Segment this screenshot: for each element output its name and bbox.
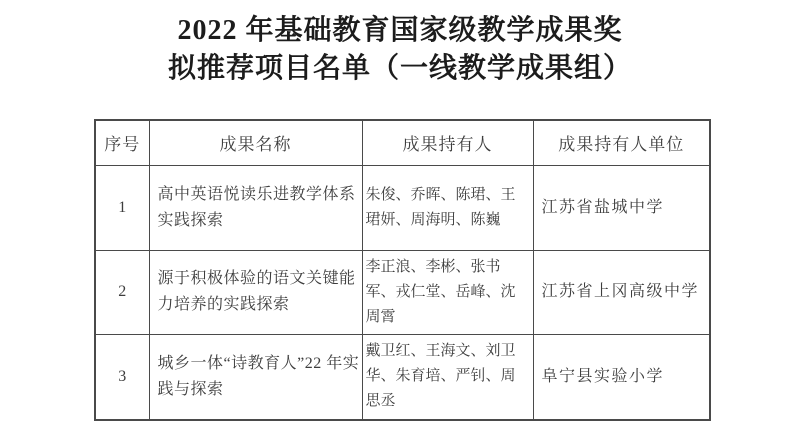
col-header-holder-unit: 成果持有人单位 (533, 120, 710, 165)
cell-holder-unit: 江苏省上冈高级中学 (533, 250, 710, 334)
cell-achievement-name: 源于积极体验的语文关键能力培养的实践探索 (149, 250, 362, 334)
cell-holders: 戴卫红、王海文、刘卫华、朱育培、严钊、周思丞 (362, 334, 533, 420)
cell-index: 2 (95, 250, 149, 334)
document-title: 2022 年基础教育国家级教学成果奖 拟推荐项目名单（一线教学成果组） (0, 12, 800, 88)
col-header-holders: 成果持有人 (362, 120, 533, 165)
table-row: 2 源于积极体验的语文关键能力培养的实践探索 李正浪、李彬、张书军、戎仁堂、岳峰… (95, 250, 710, 334)
cell-achievement-name: 高中英语悦读乐进教学体系实践探索 (149, 165, 362, 250)
cell-holder-unit: 江苏省盐城中学 (533, 165, 710, 250)
document-page: 2022 年基础教育国家级教学成果奖 拟推荐项目名单（一线教学成果组） 序号 成… (0, 0, 800, 427)
col-header-achievement-name: 成果名称 (149, 120, 362, 165)
cell-index: 1 (95, 165, 149, 250)
table-row: 1 高中英语悦读乐进教学体系实践探索 朱俊、乔晖、陈珺、王珺妍、周海明、陈巍 江… (95, 165, 710, 250)
table-header-row: 序号 成果名称 成果持有人 成果持有人单位 (95, 120, 710, 165)
title-line-1: 2022 年基础教育国家级教学成果奖 (0, 12, 800, 50)
table-row: 3 城乡一体“诗教育人”22 年实践与探索 戴卫红、王海文、刘卫华、朱育培、严钊… (95, 334, 710, 420)
results-table: 序号 成果名称 成果持有人 成果持有人单位 1 高中英语悦读乐进教学体系实践探索… (94, 119, 711, 421)
cell-holder-unit: 阜宁县实验小学 (533, 334, 710, 420)
col-header-index: 序号 (95, 120, 149, 165)
cell-index: 3 (95, 334, 149, 420)
cell-achievement-name: 城乡一体“诗教育人”22 年实践与探索 (149, 334, 362, 420)
cell-holders: 朱俊、乔晖、陈珺、王珺妍、周海明、陈巍 (362, 165, 533, 250)
cell-holders: 李正浪、李彬、张书军、戎仁堂、岳峰、沈周霄 (362, 250, 533, 334)
title-line-2: 拟推荐项目名单（一线教学成果组） (0, 50, 800, 88)
